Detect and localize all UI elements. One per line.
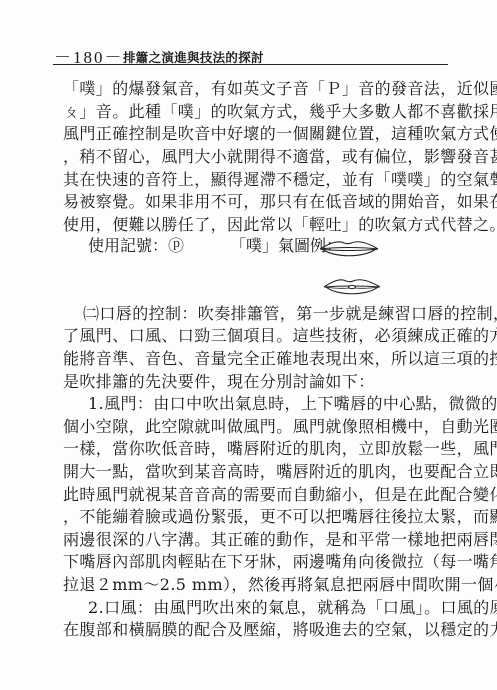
text-line: 風門正確控制是吹音中好壞的一個關鍵位置，這種吹氣方式使用過多 [63, 124, 445, 144]
usage-symbol-label: 使用記號：ⓟ [88, 236, 184, 256]
text-line: ㄆ」音。此種「噗」的吹氣方式，幾乎大多數人都不喜歡採用。因為 [63, 102, 445, 122]
text-line: 能將音準、音色、音量完全正確地表現出來，所以這三項的控制法就 [63, 349, 445, 369]
text-line: 兩邊很深的八字溝。其正確的動作，是和平常一樣地把兩唇閉上，將 [63, 530, 445, 550]
text-line: 易被察覺。如果非用不可，那只有在低音域的開始音，如果在高音區 [63, 192, 445, 212]
text-line: 一樣，當你吹低音時，嘴唇附近的肌肉，立即放鬆一些，風門就自動 [63, 439, 445, 459]
text-line: 在腹部和橫膈膜的配合及壓縮，將吸進去的空氣，以穩定的力度，徐 [63, 620, 445, 640]
lips-closed-icon [318, 238, 380, 260]
text-line: 此時風門就視某音音高的需要而自動縮小，但是在此配合變化過程中 [63, 485, 445, 505]
text-line: 了風門、口風、口勁三個項目。這些技術，必須練成正確的方法，才 [63, 326, 445, 346]
text-line: 是吹排簫的先決要件，現在分別討論如下： [63, 372, 445, 392]
subsection-line: 2.口風：由風門吹出來的氣息，就稱為「口風」。口風的原動力 [88, 598, 445, 618]
text-line: 使用，便難以勝任了，因此常以「輕吐」的吹氣方式代替之。 [63, 215, 445, 235]
subsection-line: 1.風門：由口中吹出氣息時，上下嘴唇的中心點，微微的掀開一 [88, 394, 445, 414]
section-heading-line: ㈡口唇的控制：吹奏排簫管，第一步就是練習口唇的控制，它包括 [83, 304, 445, 324]
text-line: 其在快速的音符上，顯得遲滯不穩定，並有「噗噗」的空氣聲，很容 [63, 170, 445, 190]
lips-open-icon [322, 276, 382, 298]
text-line: 拉退２mm～2.5 mm），然後再將氣息把兩唇中間吹開一個小空隙。 [63, 575, 445, 595]
header-divider [53, 64, 448, 65]
text-line: 開大一點，當吹到某音高時，嘴唇附近的肌肉，也要配合立即縮緊， [63, 462, 445, 482]
text-line: 「噗」的爆發氣音，有如英文子音「Ｐ」音的發音法，近似國音的「 [63, 79, 445, 99]
page-number: －180－ [54, 47, 124, 69]
text-line: ，稍不留心，風門大小就開得不適當，或有偏位，影響發音甚大。尤 [63, 147, 445, 167]
text-line: 下嘴唇內部肌肉輕貼在下牙牀，兩邊嘴角向後微拉（每一嘴角約向後 [63, 552, 445, 572]
text-line: 個小空隙，此空隙就叫做風門。風門就像照相機中，自動光圈的功能 [63, 417, 445, 437]
text-line: ，不能繃着臉或過份緊張，更不可以把嘴唇往後拉太緊，而顯出臉頰 [63, 507, 445, 527]
